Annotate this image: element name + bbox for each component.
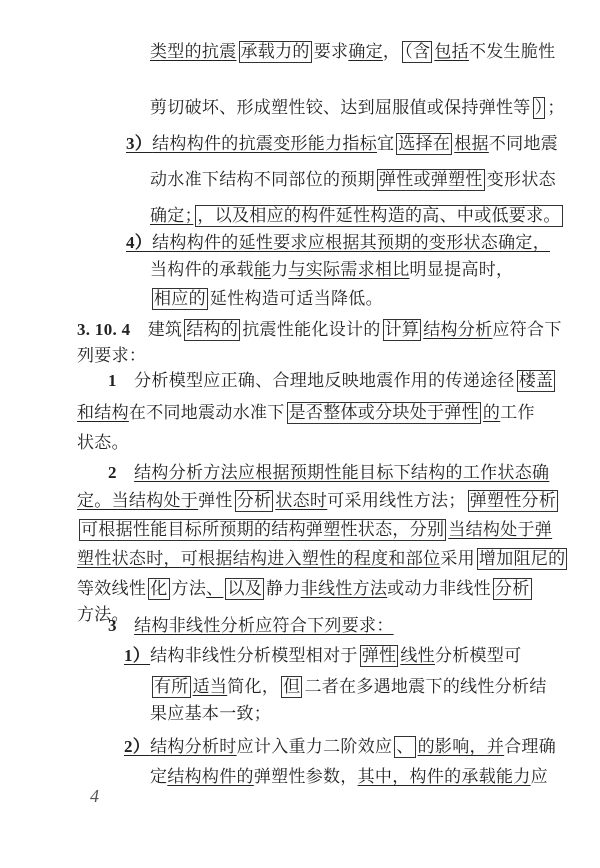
- text-segment: ；: [547, 98, 564, 118]
- text-line: 可根据性能目标所预期的结构弹塑性状态，分别当结构处于弹: [77, 518, 552, 542]
- underlined-text: 包括: [434, 42, 469, 62]
- underlined-text: 定。当结构处于: [77, 491, 198, 511]
- text-line: 确定；，以及相应的构件延性构造的高、中或低要求。: [150, 204, 565, 228]
- text-segment: 等效线性: [77, 579, 146, 599]
- boxed-edit: 弹性: [360, 645, 399, 667]
- underlined-text: 当结构处于弹: [448, 520, 552, 540]
- boxed-edit: 计算: [383, 319, 422, 341]
- text-segment: 剪切破坏、形成塑性铰、达到屈服值或保持弹性等: [150, 98, 531, 118]
- underlined-text: 能: [254, 260, 271, 280]
- underlined-text: 与实际需求相比: [288, 260, 409, 280]
- text-line: 2 结构分析方法应根据预期性能目标下结构的工作状态确: [108, 461, 549, 485]
- text-line: 剪切破坏、形成塑性铰、达到屈服值或保持弹性等）；: [150, 96, 565, 120]
- underlined-text: 、: [206, 579, 223, 599]
- underlined-text: 线性: [400, 646, 435, 666]
- boxed-edit: 分析: [235, 490, 274, 512]
- text-segment: 结构非线性分析模型相对于: [150, 646, 358, 666]
- boxed-edit: 弹性或弹塑性: [377, 169, 485, 191]
- text-line: 3 结构非线性分析应符合下列要求：: [108, 614, 394, 638]
- boxed-edit: 增加阻尼的: [477, 548, 568, 570]
- text-segment: 在不同地震动水准下: [129, 403, 285, 423]
- boxed-edit: 有所: [152, 676, 191, 698]
- text-segment: 要求: [314, 42, 349, 62]
- underlined-text: 和结构: [77, 403, 129, 423]
- boxed-edit: 相应的: [152, 288, 208, 310]
- underlined-text: 结构构件的抗震变形能力指标: [152, 134, 377, 154]
- text-segment: 应: [531, 767, 548, 787]
- underlined-text: 的影响，并: [418, 737, 505, 757]
- text-segment: 采用: [440, 549, 475, 569]
- text-segment: 列要求：: [77, 346, 146, 366]
- boxed-edit: 化: [148, 578, 169, 600]
- text-line: 果应基本一致；: [150, 702, 271, 726]
- text-line: 和结构在不同地震动水准下是否整体或分块处于弹性的工作: [77, 401, 535, 425]
- text-segment: 分析模型应正确、合理地反映地震作用的传递途径: [117, 371, 515, 391]
- boxed-edit: ）: [533, 97, 546, 119]
- underlined-text: 4）: [126, 233, 152, 252]
- underlined-text: 状态时: [275, 491, 327, 511]
- boxed-edit: 可根据性能目标所预期的结构弹塑性状态，分别: [79, 519, 446, 541]
- text-line: 塑性状态时，可根据结构进入塑性的程度和部位采用增加阻尼的: [77, 547, 569, 571]
- text-line: 列要求：: [77, 344, 146, 368]
- underlined-text: 确定；: [150, 206, 193, 226]
- text-line: 相应的延性构造可适当降低。: [150, 287, 383, 311]
- text-segment: 力: [271, 260, 288, 280]
- text-segment: 分析模型可: [435, 646, 522, 666]
- text-segment: 工作: [500, 403, 535, 423]
- text-line: 定。当结构处于弹性分析状态时可采用线性方法；弹塑性分析: [77, 489, 560, 513]
- text-segment: 不同地震: [489, 134, 558, 154]
- underlined-text: 3. 10. 4: [77, 320, 130, 339]
- text-segment: 建筑: [130, 320, 182, 340]
- text-segment: 弹性: [198, 491, 233, 511]
- text-segment: ，: [383, 42, 400, 62]
- underlined-text: 确定: [348, 42, 383, 62]
- underlined-text: 其中，构件的承载能力: [358, 767, 531, 787]
- text-segment: 果应基本一致；: [150, 704, 271, 724]
- text-line: 1）结构非线性分析模型相对于弹性线性分析模型可: [124, 644, 521, 668]
- text-segment: 抗震性能化设计的: [242, 320, 380, 340]
- boxed-edit: 是否整体或分块处于弹性: [287, 402, 481, 424]
- text-segment: 应符合下: [492, 320, 561, 340]
- boxed-edit: 选择在: [396, 133, 452, 155]
- text-line: 当构件的承载能力与实际需求相比明显提高时，: [150, 258, 513, 282]
- underlined-text: 的: [483, 403, 500, 423]
- underlined-text: 结构构件的延性要求应根据其预期的变形状态确定，: [152, 233, 550, 253]
- boxed-edit: 以及: [225, 578, 264, 600]
- text-line: 状态。: [77, 431, 129, 455]
- boxed-edit: 楼盖: [517, 370, 556, 392]
- text-line: 4）结构构件的延性要求应根据其预期的变形状态确定，: [126, 231, 550, 255]
- underlined-text: 2）: [124, 737, 150, 756]
- text-segment: 可采用线性方法；: [327, 491, 465, 511]
- underlined-text: 结构分析: [423, 320, 492, 340]
- underlined-text: 结构构件的: [167, 767, 254, 787]
- text-line: 1 分析模型应正确、合理地反映地震作用的传递途径楼盖: [108, 369, 557, 393]
- text-segment: 二者在多遇地震下的线性分析结: [304, 677, 546, 697]
- boxed-edit: 承载力的: [239, 41, 312, 63]
- underlined-text: 1）: [124, 646, 150, 665]
- boxed-edit: 分析: [493, 578, 532, 600]
- underlined-text: 3）: [126, 134, 152, 153]
- underlined-text: 结构分析方法应根据预期性能目标下结构的工作状态确: [134, 463, 549, 483]
- boxed-edit: ，以及相应的构件延性构造的高、中或低要求。: [195, 205, 562, 227]
- underlined-text: 1: [108, 371, 117, 390]
- text-segment: 弹塑性参数，: [254, 767, 358, 787]
- text-segment: 定: [150, 767, 167, 787]
- boxed-edit: （含: [402, 41, 432, 63]
- boxed-edit: 但: [281, 676, 302, 698]
- text-segment: 应计入重力二阶效应: [237, 737, 393, 757]
- underlined-text: 非线性方法: [301, 579, 388, 599]
- underlined-text: 类型的抗震: [150, 42, 237, 62]
- underlined-text: 根据: [454, 134, 489, 154]
- text-line: 动水准下结构不同部位的预期弹性或弹塑性变形状态: [150, 168, 556, 192]
- text-line: 类型的抗震承载力的要求确定，（含包括不发生脆性: [150, 40, 555, 64]
- underlined-text: 3: [108, 616, 117, 635]
- text-segment: 不发生脆性: [469, 42, 556, 62]
- text-segment: 延性构造可适当降低。: [210, 289, 383, 309]
- text-segment: 宜: [377, 134, 394, 154]
- text-segment: 或动力非线性: [387, 579, 491, 599]
- underlined-text: 2: [108, 463, 117, 482]
- text-line: 定结构构件的弹塑性参数，其中，构件的承载能力应: [150, 765, 548, 789]
- page-number: 4: [90, 786, 99, 807]
- text-segment: [117, 616, 134, 636]
- text-segment: 简化，: [227, 677, 279, 697]
- boxed-edit: 弹塑性分析: [468, 490, 559, 512]
- boxed-edit: 结构的: [184, 319, 240, 341]
- text-segment: 变形状态: [487, 170, 556, 190]
- text-segment: 静力: [266, 579, 301, 599]
- text-line: 有所适当简化，但二者在多遇地震下的线性分析结: [150, 675, 547, 699]
- text-line: 3）结构构件的抗震变形能力指标宜选择在根据不同地震: [126, 132, 558, 156]
- text-segment: 明显提高时，: [410, 260, 514, 280]
- text-segment: [117, 463, 134, 483]
- underlined-text: 结构非线性分析应符合下列要求：: [134, 616, 394, 636]
- text-segment: 状态。: [77, 433, 129, 453]
- text-line: 3. 10. 4 建筑结构的抗震性能化设计的计算结构分析应符合下: [77, 318, 562, 342]
- text-line: 2）结构分析时应计入重力二阶效应、的影响，并合理确: [124, 735, 556, 759]
- text-segment: 方法: [172, 579, 207, 599]
- text-segment: 当构件的承载: [150, 260, 254, 280]
- underlined-text: 适当: [193, 677, 228, 697]
- underlined-text: 塑性状态时，可根据结构进入塑性的程度和部位: [77, 549, 440, 569]
- text-line: 等效线性化方法、以及静力非线性方法或动力非线性分析: [77, 577, 534, 601]
- underlined-text: 结构分析时: [150, 737, 237, 757]
- text-segment: 合理确: [504, 737, 556, 757]
- text-segment: 动水准下结构不同部位的预期: [150, 170, 375, 190]
- boxed-edit: 、: [394, 736, 415, 758]
